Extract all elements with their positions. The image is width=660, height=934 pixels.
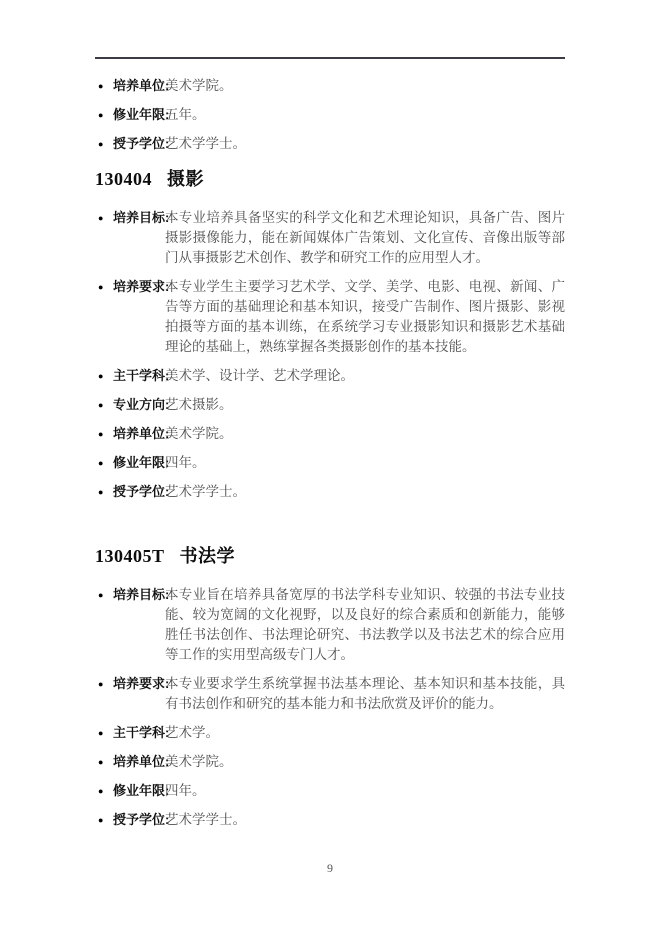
bullet-icon: ● [95, 277, 113, 297]
item-label: 培养要求: [113, 674, 165, 694]
section-code: 130405T [95, 546, 165, 566]
item-label: 培养目标: [113, 208, 165, 228]
spec-item: ●修业年限:五年。 [95, 105, 565, 125]
bullet-icon: ● [95, 453, 113, 473]
item-label: 授予学位: [113, 810, 165, 830]
item-label: 培养单位: [113, 424, 165, 444]
spec-item: ●培养单位:美术学院。 [95, 752, 565, 772]
bullet-icon: ● [95, 395, 113, 415]
bullet-icon: ● [95, 781, 113, 801]
item-value: 艺术学。 [165, 723, 565, 743]
section-heading: 130404摄影 [95, 167, 565, 191]
item-value: 本专业培养具备坚实的科学文化和艺术理论知识，具备广告、图片摄影摄像能力，能在新闻… [165, 208, 565, 268]
header-rule [95, 57, 565, 59]
spec-item: ●授予学位:艺术学学士。 [95, 810, 565, 830]
item-value: 艺术学学士。 [165, 482, 565, 502]
section-code: 130404 [95, 169, 152, 189]
item-label: 主干学科: [113, 366, 165, 386]
spec-item: ●主干学科:艺术学。 [95, 723, 565, 743]
spec-item: ●主干学科:美术学、设计学、艺术学理论。 [95, 366, 565, 386]
spec-item: ●培养要求:本专业要求学生系统掌握书法基本理论、基本知识和基本技能，具有书法创作… [95, 674, 565, 714]
page-number: 9 [0, 861, 660, 876]
section-title: 书法学 [180, 546, 236, 566]
item-label: 培养单位: [113, 752, 165, 772]
bullet-icon: ● [95, 723, 113, 743]
item-label: 修业年限: [113, 781, 165, 801]
item-label: 培养要求: [113, 277, 165, 297]
bullet-icon: ● [95, 482, 113, 502]
item-value: 四年。 [165, 781, 565, 801]
spec-item: ●授予学位:艺术学学士。 [95, 482, 565, 502]
section-title: 摄影 [167, 169, 204, 189]
spec-item: ●修业年限:四年。 [95, 453, 565, 473]
bullet-icon: ● [95, 76, 113, 96]
page-content: ●培养单位:美术学院。●修业年限:五年。●授予学位:艺术学学士。130404摄影… [95, 76, 565, 839]
item-value: 本专业学生主要学习艺术学、文学、美学、电影、电视、新闻、广告等方面的基础理论和基… [165, 277, 565, 357]
spec-item: ●培养单位:美术学院。 [95, 76, 565, 96]
bullet-icon: ● [95, 585, 113, 605]
spec-item: ●专业方向:艺术摄影。 [95, 395, 565, 415]
spec-item: ●修业年限:四年。 [95, 781, 565, 801]
spec-item: ●授予学位:艺术学学士。 [95, 134, 565, 154]
bullet-icon: ● [95, 134, 113, 154]
section-heading: 130405T书法学 [95, 544, 565, 568]
item-value: 艺术学学士。 [165, 810, 565, 830]
item-label: 专业方向: [113, 395, 165, 415]
bullet-icon: ● [95, 674, 113, 694]
item-label: 培养单位: [113, 76, 165, 96]
item-value: 美术学院。 [165, 424, 565, 444]
major-section: 130405T书法学●培养目标:本专业旨在培养具备宽厚的书法学科专业知识、较强的… [95, 544, 565, 830]
item-label: 授予学位: [113, 134, 165, 154]
spec-item: ●培养目标:本专业旨在培养具备宽厚的书法学科专业知识、较强的书法专业技能、较为宽… [95, 585, 565, 665]
bullet-icon: ● [95, 105, 113, 125]
bullet-icon: ● [95, 752, 113, 772]
bullet-icon: ● [95, 424, 113, 444]
item-value: 本专业要求学生系统掌握书法基本理论、基本知识和基本技能，具有书法创作和研究的基本… [165, 674, 565, 714]
bullet-icon: ● [95, 810, 113, 830]
item-value: 美术学院。 [165, 76, 565, 96]
major-section: ●培养单位:美术学院。●修业年限:五年。●授予学位:艺术学学士。 [95, 76, 565, 154]
item-value: 五年。 [165, 105, 565, 125]
bullet-icon: ● [95, 208, 113, 228]
item-value: 艺术摄影。 [165, 395, 565, 415]
item-label: 修业年限: [113, 453, 165, 473]
item-value: 美术学、设计学、艺术学理论。 [165, 366, 565, 386]
document-page: ●培养单位:美术学院。●修业年限:五年。●授予学位:艺术学学士。130404摄影… [0, 0, 660, 934]
spec-item: ●培养目标:本专业培养具备坚实的科学文化和艺术理论知识，具备广告、图片摄影摄像能… [95, 208, 565, 268]
item-label: 授予学位: [113, 482, 165, 502]
spec-item: ●培养单位:美术学院。 [95, 424, 565, 444]
item-label: 修业年限: [113, 105, 165, 125]
item-value: 四年。 [165, 453, 565, 473]
item-value: 艺术学学士。 [165, 134, 565, 154]
item-value: 美术学院。 [165, 752, 565, 772]
item-label: 培养目标: [113, 585, 165, 605]
major-section: 130404摄影●培养目标:本专业培养具备坚实的科学文化和艺术理论知识，具备广告… [95, 167, 565, 502]
bullet-icon: ● [95, 366, 113, 386]
spec-item: ●培养要求:本专业学生主要学习艺术学、文学、美学、电影、电视、新闻、广告等方面的… [95, 277, 565, 357]
item-label: 主干学科: [113, 723, 165, 743]
item-value: 本专业旨在培养具备宽厚的书法学科专业知识、较强的书法专业技能、较为宽阔的文化视野… [165, 585, 565, 665]
